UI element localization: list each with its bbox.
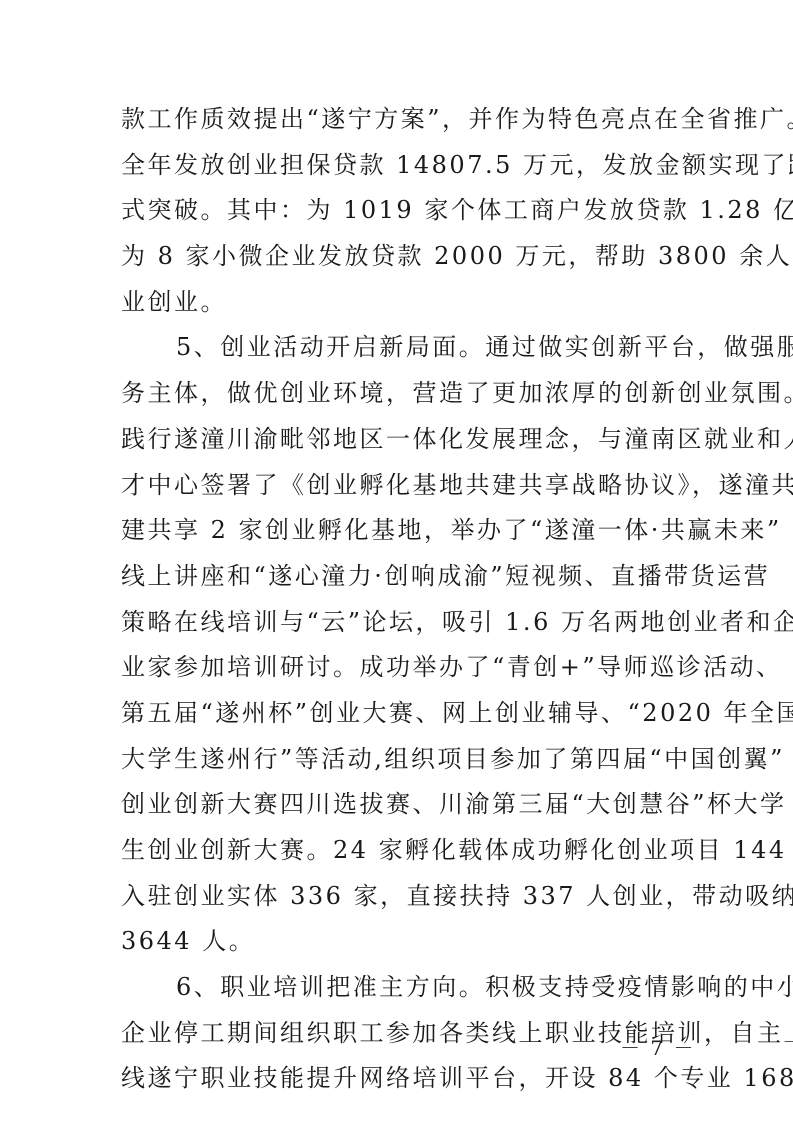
document-body: 款工作质效提出“遂宁方案”，并作为特色亮点在全省推广。 全年发放创业担保贷款 1…: [121, 97, 673, 1102]
paragraph-heading-line: 5、创业活动开启新局面。通过做实创新平台，做强服: [121, 325, 673, 371]
text-line: 款工作质效提出“遂宁方案”，并作为特色亮点在全省推广。: [121, 97, 673, 143]
text-line: 建共享 2 家创业孵化基地，举办了“遂潼一体·共赢未来”: [121, 508, 673, 554]
paragraph-item-5: 5、创业活动开启新局面。通过做实创新平台，做强服 务主体，做优创业环境，营造了更…: [121, 325, 673, 965]
text-line: 全年发放创业担保贷款 14807.5 万元，发放金额实现了跨越: [121, 143, 673, 189]
page-number: － 7 －: [620, 1032, 700, 1061]
text-line: 策略在线培训与“云”论坛，吸引 1.6 万名两地创业者和企: [121, 600, 673, 646]
text-line: 为 8 家小微企业发放贷款 2000 万元，帮助 3800 余人实现就: [121, 234, 673, 280]
text-line: 践行遂潼川渝毗邻地区一体化发展理念，与潼南区就业和人: [121, 417, 673, 463]
text-line: 才中心签署了《创业孵化基地共建共享战略协议》，遂潼共: [121, 463, 673, 509]
text-line: 式突破。其中：为 1019 家个体工商户发放贷款 1.28 亿元，: [121, 188, 673, 234]
text-line: 大学生遂州行”等活动,组织项目参加了第四届“中国创翼”: [121, 737, 673, 783]
text-line: 3644 人。: [121, 919, 673, 965]
text-line: 创业创新大赛四川选拔赛、川渝第三届“大创慧谷”杯大学: [121, 782, 673, 828]
text-line: 业家参加培训研讨。成功举办了“青创+”导师巡诊活动、: [121, 645, 673, 691]
paragraph-heading-line: 6、职业培训把准主方向。积极支持受疫情影响的中小: [121, 965, 673, 1011]
paragraph-item-6: 6、职业培训把准主方向。积极支持受疫情影响的中小 企业停工期间组织职工参加各类线…: [121, 965, 673, 1102]
text-line: 入驻创业实体 336 家，直接扶持 337 人创业，带动吸纳就业: [121, 874, 673, 920]
paragraph-loans-continued: 款工作质效提出“遂宁方案”，并作为特色亮点在全省推广。 全年发放创业担保贷款 1…: [121, 97, 673, 325]
text-line: 企业停工期间组织职工参加各类线上职业技能培训，自主上: [121, 1011, 673, 1057]
text-line: 第五届“遂州杯”创业大赛、网上创业辅导、“2020 年全国: [121, 691, 673, 737]
text-line: 线遂宁职业技能提升网络培训平台，开设 84 个专业 1686 个: [121, 1056, 673, 1102]
text-line: 业创业。: [121, 280, 673, 326]
text-line: 生创业创新大赛。24 家孵化载体成功孵化创业项目 144 个，: [121, 828, 673, 874]
text-line: 线上讲座和“遂心潼力·创响成渝”短视频、直播带货运营: [121, 554, 673, 600]
document-page: 款工作质效提出“遂宁方案”，并作为特色亮点在全省推广。 全年发放创业担保贷款 1…: [0, 0, 793, 1122]
text-line: 务主体，做优创业环境，营造了更加浓厚的创新创业氛围。: [121, 371, 673, 417]
